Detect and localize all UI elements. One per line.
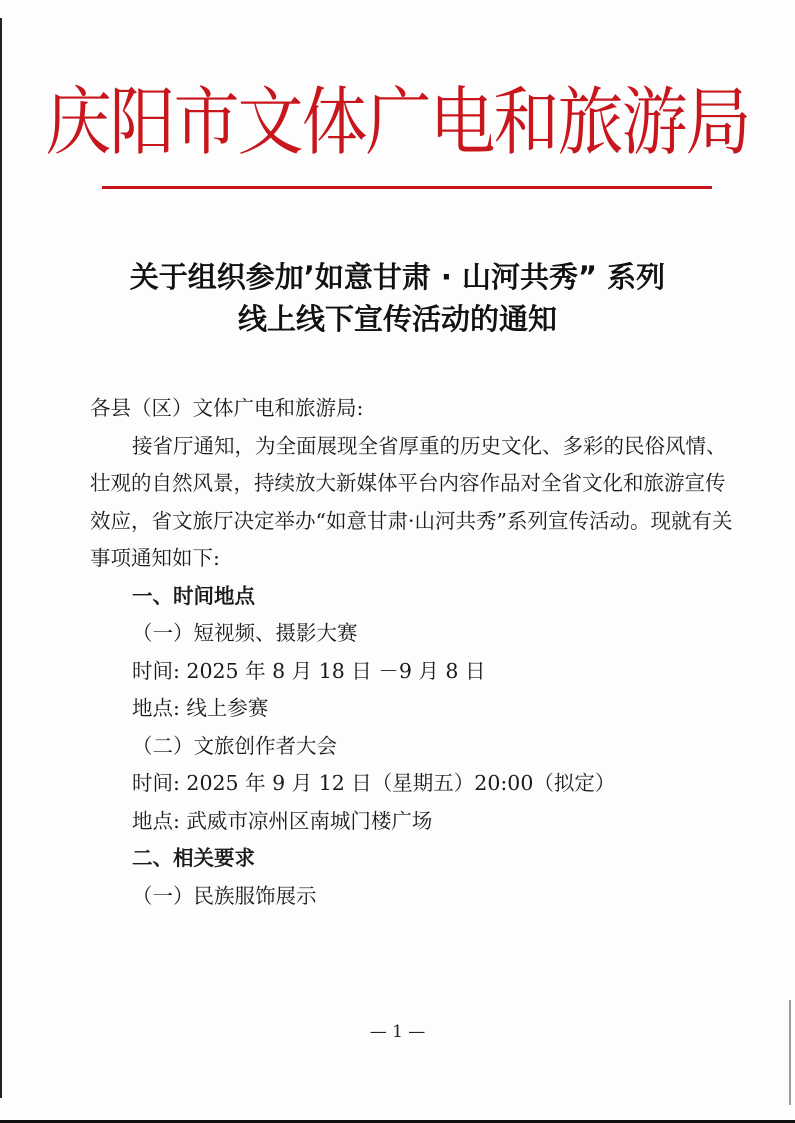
section-2-sub-1-heading: （一）民族服饰展示 bbox=[90, 878, 715, 916]
paragraph-line-3: 效应，省文旅厅决定举办“如意甘肃·山河共秀”系列宣传活动。现就有关 bbox=[90, 503, 715, 541]
section-1-sub-1-heading: （一）短视频、摄影大赛 bbox=[90, 615, 715, 653]
section-1-sub-2-place: 地点: 武威市凉州区南城门楼广场 bbox=[90, 803, 715, 841]
document-body: 各县（区）文体广电和旅游局: 接省厅通知，为全面展现全省厚重的历史文化、多彩的民… bbox=[90, 390, 715, 915]
page-number: — 1 — bbox=[0, 1022, 795, 1042]
section-1-sub-2-heading: （二）文旅创作者大会 bbox=[90, 728, 715, 766]
paragraph-line-2: 壮观的自然风景，持续放大新媒体平台内容作品对全省文化和旅游宣传 bbox=[90, 465, 715, 503]
paragraph-line-4: 事项通知如下: bbox=[90, 540, 715, 578]
section-1-sub-1-time: 时间: 2025 年 8 月 18 日 －9 月 8 日 bbox=[90, 653, 715, 691]
section-1-sub-2-time: 时间: 2025 年 9 月 12 日（星期五）20:00（拟定） bbox=[90, 765, 715, 803]
section-1-heading: 一、时间地点 bbox=[90, 578, 715, 616]
paragraph-line-1: 接省厅通知，为全面展现全省厚重的历史文化、多彩的民俗风情、 bbox=[90, 428, 715, 466]
salutation: 各县（区）文体广电和旅游局: bbox=[90, 390, 715, 428]
scan-edge-left bbox=[0, 18, 2, 1098]
title-line-2: 线上线下宣传活动的通知 bbox=[0, 298, 795, 340]
scan-edge-right bbox=[789, 1000, 791, 1105]
document-page: 庆阳市文体广电和旅游局 关于组织参加’如意甘肃 · 山河共秀” 系列 线上线下宣… bbox=[0, 0, 795, 1123]
title-line-1: 关于组织参加’如意甘肃 · 山河共秀” 系列 bbox=[0, 256, 795, 298]
letterhead-org-name: 庆阳市文体广电和旅游局 bbox=[0, 73, 795, 174]
document-title: 关于组织参加’如意甘肃 · 山河共秀” 系列 线上线下宣传活动的通知 bbox=[0, 256, 795, 340]
section-1-sub-1-place: 地点: 线上参赛 bbox=[90, 690, 715, 728]
letterhead-red-rule bbox=[102, 186, 712, 189]
section-2-heading: 二、相关要求 bbox=[90, 840, 715, 878]
